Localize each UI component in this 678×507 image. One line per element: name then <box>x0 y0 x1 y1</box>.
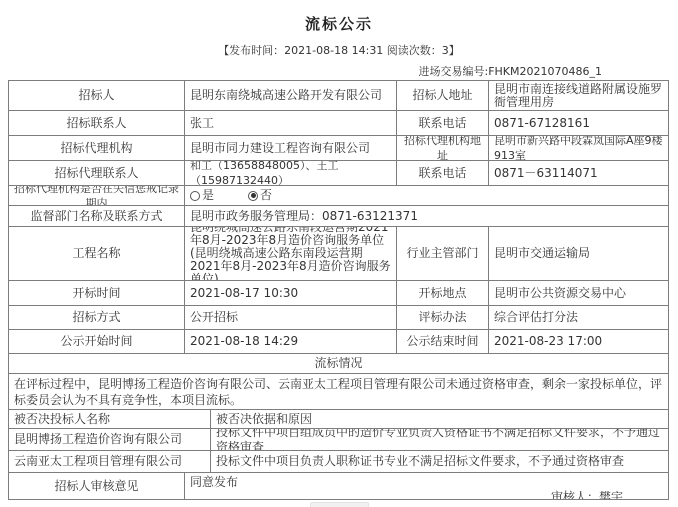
supervision-dept-label: 监督部门名称及联系方式 <box>9 206 185 226</box>
agency-contact-value: 和工（13658848005）、王工（15987132440） <box>185 161 397 185</box>
agency-address-label: 招标代理机构地址 <box>397 136 489 160</box>
partial-bottom-button[interactable] <box>310 502 369 507</box>
publish-info: 【发布时间：2021-08-18 14:31 阅读次数：3】 <box>0 42 678 58</box>
bidder-address-label: 招标人地址 <box>397 81 489 110</box>
publicity-start-value: 2021-08-18 14:29 <box>185 330 397 353</box>
publicity-end-label: 公示结束时间 <box>397 330 489 353</box>
evaluation-method-value: 综合评估打分法 <box>489 306 668 329</box>
table-row: 招标人 昆明东南绕城高速公路开发有限公司 招标人地址 昆明市南连接线道路附属设施… <box>9 81 668 111</box>
announcement-table: 招标人 昆明东南绕城高速公路开发有限公司 招标人地址 昆明市南连接线道路附属设施… <box>8 80 669 500</box>
bid-method-label: 招标方式 <box>9 306 185 329</box>
bidder-address-value: 昆明市南连接线道路附属设施罗衙管理用房 <box>489 81 668 110</box>
table-row: 工程名称 昆明绕城高速公路东南段运营期2021年8月-2023年8月造价咨询服务… <box>9 227 668 281</box>
table-row: 被否决投标人名称 被否决依据和原因 <box>9 410 668 429</box>
dishonesty-record-label: 招标代理机构是否在失信惩戒记录期内 <box>9 186 185 205</box>
table-row: 招标代理联系人 和工（13658848005）、王工（15987132440） … <box>9 161 668 186</box>
agency-phone-value: 0871－63114071 <box>489 161 668 185</box>
reviewer-signature: 审核人：樊宇 <box>190 490 663 499</box>
radio-yes-label: 是 <box>202 188 214 203</box>
table-row: 流标情况 <box>9 354 668 374</box>
rejected-bidder-reason: 投标文件中项目组成员中的造价专业负责人资格证书不满足招标文件要求，不予通过资格审… <box>211 429 668 450</box>
failure-description: 在评标过程中，昆明博扬工程造价咨询有限公司、云南亚太工程项目管理有限公司未通过资… <box>9 374 668 409</box>
bidder-value: 昆明东南绕城高速公路开发有限公司 <box>185 81 397 110</box>
table-row: 招标代理机构是否在失信惩戒记录期内 是 否 <box>9 186 668 206</box>
bidder-label: 招标人 <box>9 81 185 110</box>
review-opinion-cell: 同意发布 审核人：樊宇 <box>185 473 668 499</box>
agency-address-value: 昆明市新兴路中段霖岚国际A座9楼913室 <box>489 136 668 160</box>
bid-contact-label: 招标联系人 <box>9 111 185 135</box>
bid-open-place-value: 昆明市公共资源交易中心 <box>489 281 668 305</box>
table-row: 招标方式 公开招标 评标办法 综合评估打分法 <box>9 306 668 330</box>
bid-method-value: 公开招标 <box>185 306 397 329</box>
bid-open-time-label: 开标时间 <box>9 281 185 305</box>
table-row: 监督部门名称及联系方式 昆明市政务服务管理局：0871-63121371 <box>9 206 668 227</box>
rejected-bidder-name: 云南亚太工程项目管理有限公司 <box>9 451 211 472</box>
rejected-bidder-row: 昆明博扬工程造价咨询有限公司 投标文件中项目组成员中的造价专业负责人资格证书不满… <box>9 429 668 451</box>
radio-option-yes[interactable]: 是 <box>190 188 214 203</box>
rejected-name-header: 被否决投标人名称 <box>9 410 211 428</box>
bid-contact-value: 张工 <box>185 111 397 135</box>
industry-dept-value: 昆明市交通运输局 <box>489 227 668 280</box>
agency-value: 昆明市同力建设工程咨询有限公司 <box>185 136 397 160</box>
table-row: 招标代理机构 昆明市同力建设工程咨询有限公司 招标代理机构地址 昆明市新兴路中段… <box>9 136 668 161</box>
agency-label: 招标代理机构 <box>9 136 185 160</box>
project-name-label: 工程名称 <box>9 227 185 280</box>
agency-phone-label: 联系电话 <box>397 161 489 185</box>
radio-option-no[interactable]: 否 <box>248 188 272 203</box>
table-row: 开标时间 2021-08-17 10:30 开标地点 昆明市公共资源交易中心 <box>9 281 668 306</box>
rejected-bidder-reason: 投标文件中项目负责人职称证书专业不满足招标文件要求，不予通过资格审查 <box>211 451 668 472</box>
contact-phone-value: 0871-67128161 <box>489 111 668 135</box>
rejected-bidder-row: 云南亚太工程项目管理有限公司 投标文件中项目负责人职称证书专业不满足招标文件要求… <box>9 451 668 473</box>
agency-contact-label: 招标代理联系人 <box>9 161 185 185</box>
bid-open-place-label: 开标地点 <box>397 281 489 305</box>
table-row: 招标人审核意见 同意发布 审核人：樊宇 <box>9 473 668 499</box>
radio-no-selected-icon[interactable] <box>248 191 258 201</box>
table-row: 在评标过程中，昆明博扬工程造价咨询有限公司、云南亚太工程项目管理有限公司未通过资… <box>9 374 668 410</box>
page-title: 流标公示 <box>0 13 678 34</box>
table-row: 招标联系人 张工 联系电话 0871-67128161 <box>9 111 668 136</box>
publicity-end-value: 2021-08-23 17:00 <box>489 330 668 353</box>
radio-no-label: 否 <box>260 188 272 203</box>
industry-dept-label: 行业主管部门 <box>397 227 489 280</box>
project-name-value: 昆明绕城高速公路东南段运营期2021年8月-2023年8月造价咨询服务单位(昆明… <box>185 227 397 280</box>
bid-failure-announcement-page: 流标公示 【发布时间：2021-08-18 14:31 阅读次数：3】 进场交易… <box>0 0 678 507</box>
review-opinion-value: 同意发布 <box>190 475 663 490</box>
radio-yes-icon[interactable] <box>190 191 200 201</box>
review-opinion-label: 招标人审核意见 <box>9 473 185 499</box>
rejected-bidder-name: 昆明博扬工程造价咨询有限公司 <box>9 429 211 450</box>
dishonesty-record-options: 是 否 <box>185 186 668 205</box>
evaluation-method-label: 评标办法 <box>397 306 489 329</box>
bid-open-time-value: 2021-08-17 10:30 <box>185 281 397 305</box>
supervision-dept-value: 昆明市政务服务管理局：0871-63121371 <box>185 206 668 226</box>
failure-section-title: 流标情况 <box>9 354 668 373</box>
table-row: 公示开始时间 2021-08-18 14:29 公示结束时间 2021-08-2… <box>9 330 668 354</box>
contact-phone-label: 联系电话 <box>397 111 489 135</box>
rejected-reason-header: 被否决依据和原因 <box>211 410 668 428</box>
entry-trade-number: 进场交易编号:FHKM2021070486_1 <box>0 63 678 79</box>
publicity-start-label: 公示开始时间 <box>9 330 185 353</box>
